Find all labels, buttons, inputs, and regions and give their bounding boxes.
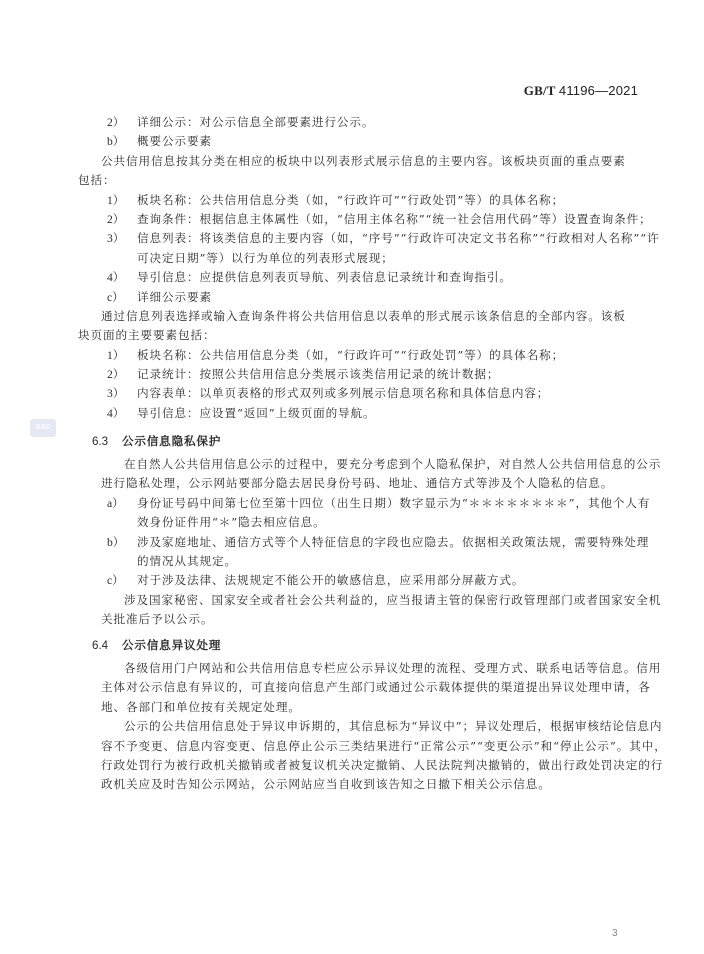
section-6-4-body: 各级信用门户网站和公共信用信息专栏应公示异议处理的流程、受理方式、联系电话等信息… [101,659,641,795]
paragraph-line: 公共信用信息按其分类在相应的板块中以列表形式展示信息的主要内容。该板块页面的重点… [101,152,641,171]
standard-code-number: 41196—2021 [559,83,638,98]
paragraph-line: 包括： [78,171,641,190]
paragraph-line: 块页面的主要要素包括： [78,326,641,345]
section-6-3-body: 在自然人公共信用信息公示的过程中，要充分考虑到个人隐私保护，对自然人公共信用信息… [101,455,641,630]
section-title: 公示信息隐私保护 [122,434,221,448]
section-number: 6.4 [92,639,122,652]
paragraph-line: 地、各部门和单位按有关规定处理。 [101,698,641,717]
section-heading-6-3: 6.3公示信息隐私保护 [92,433,221,452]
list-item: 1）板块名称：公共信用信息分类（如，“行政许可”“行政处罚”等）的具体名称； [101,191,641,210]
list-item: 2）查询条件：根据信息主体属性（如，“信用主体名称”“统一社会信用代码”等）设置… [101,210,641,229]
paragraph-line: 主体对公示信息有异议的，可直接向信息产生部门或通过公示载体提供的渠道提出异议处理… [101,678,641,697]
paragraph-line: 行政处罚行为被行政机关撤销或者被复议机关决定撤销、人民法院判决撤销的，做出行政处… [101,756,641,775]
paragraph-line: 通过信息列表选择或输入查询条件将公共信用信息以表单的形式展示该条信息的全部内容。… [101,307,641,326]
list-item: b）概要公示要素 [101,132,641,151]
list-item: c）对于涉及法律、法规规定不能公开的敏感信息，应采用部分屏蔽方式。 [101,571,641,590]
list-item: 1）板块名称：公共信用信息分类（如，“行政许可”“行政处罚”等）的具体名称； [101,346,641,365]
list-item: a）身份证号码中间第七位至第十四位（出生日期）数字显示为“＊＊＊＊＊＊＊＊”，其… [101,494,641,513]
list-item-continuation: 的情况从其规定。 [101,552,641,571]
list-item: c）详细公示要素 [101,288,641,307]
list-item: 4）导引信息：应设置“返回”上级页面的导航。 [101,404,641,423]
standard-code: GB/T 41196—2021 [524,83,638,99]
paragraph-line: 政机关应及时告知公示网站，公示网站应当自收到该告知之日撤下相关公示信息。 [101,775,641,794]
paragraph-line: 在自然人公共信用信息公示的过程中，要充分考虑到个人隐私保护，对自然人公共信用信息… [101,455,641,474]
sac-logo-icon: SAC [30,419,56,437]
paragraph-line: 各级信用门户网站和公共信用信息专栏应公示异议处理的流程、受理方式、联系电话等信息… [101,659,641,678]
paragraph-line: 关批准后予以公示。 [101,610,641,629]
list-item: b）涉及家庭地址、通信方式等个人特征信息的字段也应隐去。依据相关政策法规，需要特… [101,533,641,552]
section-list-display: 2）详细公示：对公示信息全部要素进行公示。 b）概要公示要素 公共信用信息按其分… [101,113,641,423]
list-item: 3）内容表单：以单页表格的形式双列或多列展示信息项名称和具体信息内容； [101,384,641,403]
section-number: 6.3 [92,435,122,448]
list-item-continuation: 效身份证件用“＊”隐去相应信息。 [101,513,641,532]
list-item-continuation: 可决定日期”等）以行为单位的列表形式展现； [101,249,641,268]
list-item: 3）信息列表：将该类信息的主要内容（如，“序号”“行政许可决定文书名称”“行政相… [101,229,641,248]
paragraph-line: 涉及国家秘密、国家安全或者社会公共利益的，应当报请主管的保密行政管理部门或者国家… [101,591,641,610]
standard-code-prefix: GB/T [524,83,556,98]
paragraph-line: 容不予变更、信息内容变更、信息停止公示三类结果进行“正常公示”“变更公示”和“停… [101,737,641,756]
list-item: 2）记录统计：按照公共信用信息分类展示该类信用记录的统计数据； [101,365,641,384]
paragraph-line: 进行隐私处理，公示网站要部分隐去居民身份号码、地址、通信方式等涉及个人隐私的信息… [101,474,641,493]
document-page: GB/T 41196—2021 2）详细公示：对公示信息全部要素进行公示。 b）… [0,0,704,954]
list-item: 4）导引信息：应提供信息列表页导航、列表信息记录统计和查询指引。 [101,268,641,287]
section-heading-6-4: 6.4公示信息异议处理 [92,637,221,656]
section-title: 公示信息异议处理 [122,638,221,652]
list-item: 2）详细公示：对公示信息全部要素进行公示。 [101,113,641,132]
page-number: 3 [612,928,618,939]
paragraph-line: 公示的公共信用信息处于异议申诉期的，其信息标为“异议中”；异议处理后，根据审核结… [101,717,641,736]
